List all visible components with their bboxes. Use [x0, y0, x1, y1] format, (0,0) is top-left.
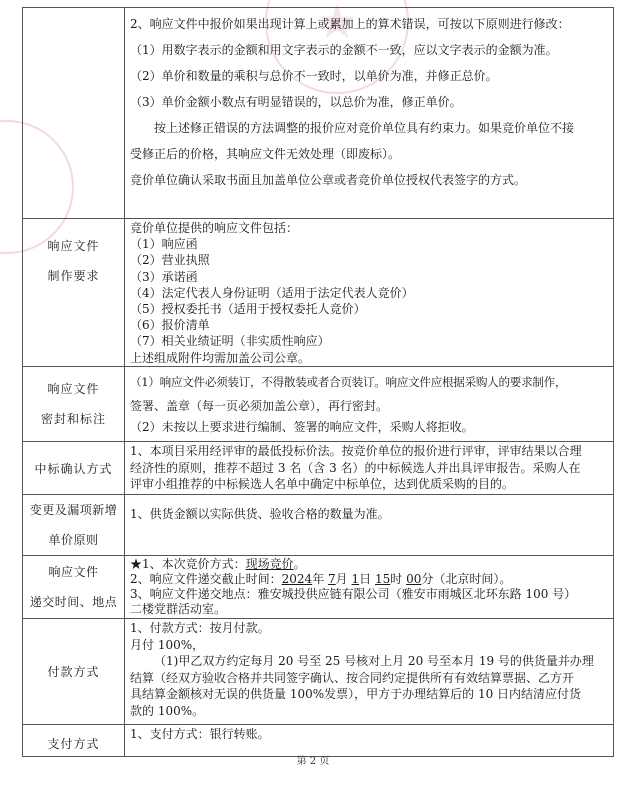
content-line: 1、供货金额以实际供货、验收合格的数量为准。	[130, 505, 608, 522]
deadline-day-unit: 日	[359, 572, 371, 586]
deadline-line: 2、响应文件递交截止时间：2024年 7月 1日 15时 00分（北京时间）。	[130, 572, 608, 587]
label-line: 中标确认方式	[23, 460, 124, 477]
procurement-terms-table: 2、响应文件中报价如果出现计算上或累加上的算术错误，可按以下原则进行修改： （1…	[22, 7, 614, 757]
content-line: 款的 100%。	[130, 703, 608, 720]
row-content-sealing: （1）响应文件必须装订，不得散装或者合页装订。响应文件应根据采购人的要求制作， …	[125, 367, 614, 442]
content-line: 月付 100%，	[130, 637, 608, 654]
deadline-year: 2024	[282, 572, 313, 586]
list-item: （2）营业执照	[130, 252, 608, 268]
deadline-year-unit: 年	[312, 572, 324, 586]
row-content-production-requirements: 竞价单位提供的响应文件包括： （1）响应函 （2）营业执照 （3）承诺函 （4）…	[125, 219, 614, 367]
row-label-award-confirmation: 中标确认方式	[23, 442, 125, 495]
content-line: 受修正后的价格，其响应文件无效处理（即废标）。	[130, 141, 608, 167]
deadline-hour-unit: 时	[390, 572, 402, 586]
content-line: 签署、盖章（每一页必须加盖公章），再行密封。	[130, 391, 608, 421]
page-number: 第 2 页	[0, 752, 626, 767]
row-label-production-requirements: 响应文件 制作要求	[23, 219, 125, 367]
content-line: 1、支付方式：银行转账。	[130, 725, 608, 743]
content-line: 2、响应文件中报价如果出现计算上或累加上的算术错误，可按以下原则进行修改：	[130, 11, 608, 37]
bid-method-line: ★1、本次竞价方式：现场竞价。	[130, 557, 608, 572]
table-row-payment-method: 付款方式 1、付款方式：按月付款。 月付 100%， （1)甲乙双方约定每月 2…	[23, 619, 614, 725]
content-line: 经济性的原则，推荐不超过 3 名（含 3 名）的中标候选人并出具评审报告。采购人…	[130, 460, 608, 477]
table-row-unit-price-principle: 变更及漏项新增 单价原则 1、供货金额以实际供货、验收合格的数量为准。	[23, 495, 614, 556]
list-item: （5）授权委托书（适用于授权委托人竞价）	[130, 301, 608, 317]
deadline-month-unit: 月	[336, 572, 348, 586]
content-line: 评审小组推荐的中标候选人名单中确定中标单位，达到优质采购的目的。	[130, 476, 608, 493]
row-label-empty	[23, 8, 125, 219]
list-item: （7）相关业绩证明（非实质性响应）	[130, 333, 608, 349]
label-line: 递交时间、地点	[23, 587, 124, 617]
content-line: （1)甲乙双方约定每月 20 号至 25 号核对上月 20 号至本月 19 号的…	[130, 653, 608, 670]
deadline-day: 1	[352, 572, 360, 586]
label-line: 制作要求	[23, 261, 124, 291]
bid-method-suffix: 。	[294, 557, 306, 571]
content-line: （1）用数字表示的金额和用文字表示的金额不一致，应以文字表示的金额为准。	[130, 37, 608, 63]
content-line: 按上述修正错误的方法调整的报价应对竞价单位具有约束力。如果竞价单位不接	[130, 115, 608, 141]
row-label-unit-price-principle: 变更及漏项新增 单价原则	[23, 495, 125, 556]
table-row-sealing: 响应文件 密封和标注 （1）响应文件必须装订，不得散装或者合页装订。响应文件应根…	[23, 367, 614, 442]
content-line: 竞价单位确认采取书面且加盖单位公章或者竞价单位授权代表签字的方式。	[130, 167, 608, 193]
bid-method-prefix: ★1、本次竞价方式：	[130, 557, 246, 571]
list-item: （4）法定代表人身份证明（适用于法定代表人竞价）	[130, 285, 608, 301]
deadline-prefix: 2、响应文件递交截止时间：	[130, 572, 282, 586]
label-line: 单价原则	[23, 525, 124, 555]
content-line: （2）未按以上要求进行编制、签署的响应文件，采购人将拒收。	[130, 421, 608, 433]
row-label-submission: 响应文件 递交时间、地点	[23, 556, 125, 619]
content-line: 1、本项目采用经评审的最低投标价法。按竞价单位的报价进行评审，评审结果以合理	[130, 443, 608, 460]
label-line: 响应文件	[23, 557, 124, 587]
row-content-unit-price-principle: 1、供货金额以实际供货、验收合格的数量为准。	[125, 495, 614, 556]
row-content-payment-method: 1、付款方式：按月付款。 月付 100%， （1)甲乙双方约定每月 20 号至 …	[125, 619, 614, 725]
list-item: （1）响应函	[130, 236, 608, 252]
table-row-award-confirmation: 中标确认方式 1、本项目采用经评审的最低投标价法。按竞价单位的报价进行评审，评审…	[23, 442, 614, 495]
content-line: 1、付款方式：按月付款。	[130, 620, 608, 637]
row-content-award-confirmation: 1、本项目采用经评审的最低投标价法。按竞价单位的报价进行评审，评审结果以合理 经…	[125, 442, 614, 495]
row-label-sealing: 响应文件 密封和标注	[23, 367, 125, 442]
content-line: 二楼党群活动室。	[130, 602, 608, 617]
content-line: （3）单价金额小数点有明显错误的，以总价为准，修正单价。	[130, 89, 608, 115]
content-line: 具结算金额核对无误的供货量 100%发票），甲方于办理结算后的 10 日内结清应…	[130, 686, 608, 703]
content-line: 3、响应文件递交地点：雅安城投供应链有限公司（雅安市雨城区北环东路 100 号）	[130, 587, 608, 602]
table-row-production-requirements: 响应文件 制作要求 竞价单位提供的响应文件包括： （1）响应函 （2）营业执照 …	[23, 219, 614, 367]
deadline-hour: 15	[375, 572, 390, 586]
label-line: 密封和标注	[23, 404, 124, 434]
bid-method-value: 现场竞价	[246, 557, 294, 571]
content-line: 上述组成附件均需加盖公司公章。	[130, 350, 608, 366]
label-line: 响应文件	[23, 231, 124, 261]
label-line: 响应文件	[23, 374, 124, 404]
content-line: 竞价单位提供的响应文件包括：	[130, 220, 608, 236]
row-label-payment-method: 付款方式	[23, 619, 125, 725]
list-item: （3）承诺函	[130, 269, 608, 285]
list-item: （6）报价清单	[130, 317, 608, 333]
deadline-minute: 00	[406, 572, 421, 586]
content-line: （1）响应文件必须装订，不得散装或者合页装订。响应文件应根据采购人的要求制作，	[130, 373, 608, 391]
table-row-correction: 2、响应文件中报价如果出现计算上或累加上的算术错误，可按以下原则进行修改： （1…	[23, 8, 614, 219]
deadline-month: 7	[328, 572, 336, 586]
row-content-correction: 2、响应文件中报价如果出现计算上或累加上的算术错误，可按以下原则进行修改： （1…	[125, 8, 614, 219]
row-content-submission: ★1、本次竞价方式：现场竞价。 2、响应文件递交截止时间：2024年 7月 1日…	[125, 556, 614, 619]
content-line: （2）单价和数量的乘积与总价不一致时，以单价为准，并修正总价。	[130, 63, 608, 89]
label-line: 付款方式	[23, 663, 124, 680]
label-line: 支付方式	[23, 735, 124, 752]
deadline-minute-unit: 分（北京时间）。	[421, 572, 511, 586]
table-row-submission: 响应文件 递交时间、地点 ★1、本次竞价方式：现场竞价。 2、响应文件递交截止时…	[23, 556, 614, 619]
label-line: 变更及漏项新增	[23, 495, 124, 525]
content-line: 结算（经双方验收合格并共同签字确认、按合同约定提供所有有效结算票据、乙方开	[130, 670, 608, 687]
